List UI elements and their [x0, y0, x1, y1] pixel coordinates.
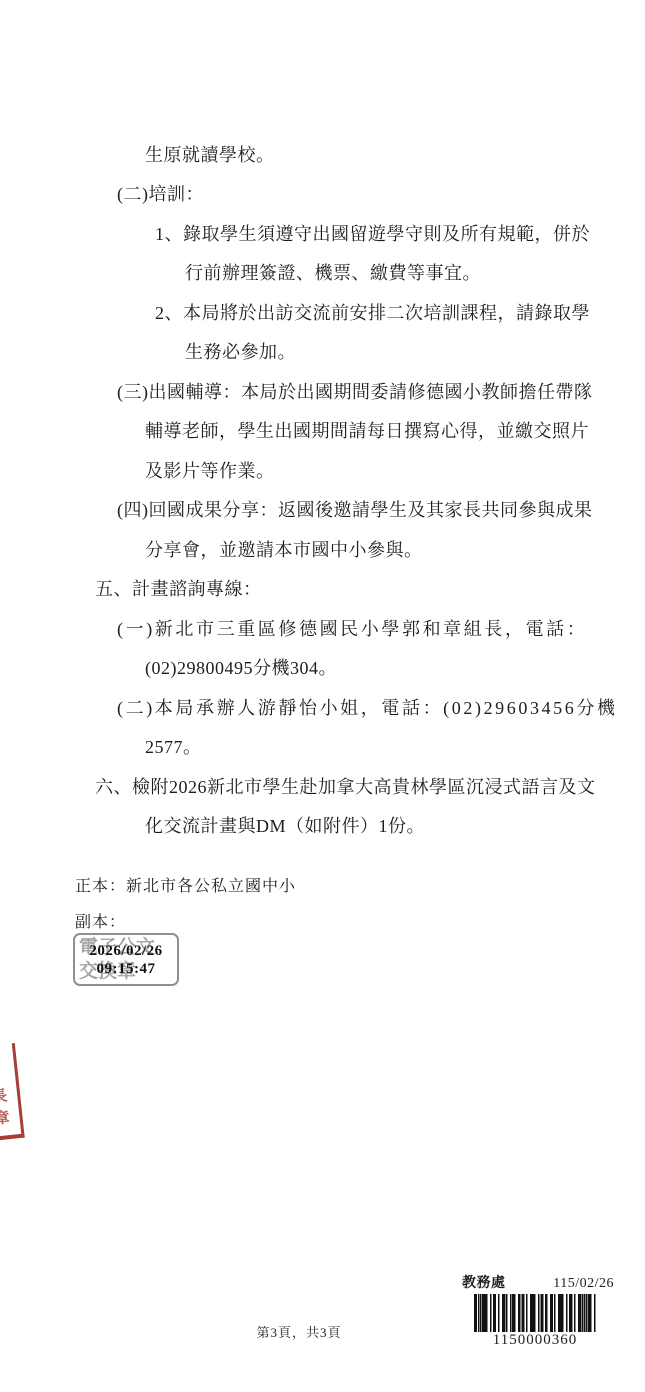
body-line: (二)本局承辦人游靜怡小姐，電話：(02)29603456分機 [75, 687, 615, 727]
body-line: 輔導老師，學生出國期間請每日撰寫心得，並繳交照片 [75, 411, 615, 451]
registry-stamp-header: 教務處 115/02/26 [462, 1272, 614, 1292]
registry-roc-date: 115/02/26 [553, 1276, 614, 1292]
body-line: 2、本局將於出訪交流前安排二次培訓課程，請錄取學 [75, 292, 615, 332]
electronic-exchange-stamp: 電子公文 交換章 2026/02/26 09:15:47 [73, 933, 179, 986]
red-seal-characters: 長章 [0, 1087, 13, 1133]
body-line: (三)出國輔導：本局於出國期間委請修德國小教師擔任帶隊 [75, 371, 615, 411]
body-line: 化交流計畫與DM（如附件）1份。 [75, 806, 615, 846]
stamp-date: 2026/02/26 [89, 942, 162, 960]
body-line: 1、錄取學生須遵守出國留遊學守則及所有規範，併於 [75, 213, 615, 253]
stamp-time: 09:15:47 [97, 960, 156, 978]
body-line: (02)29800495分機304。 [75, 648, 615, 688]
page-number-footer: 第3頁，共3頁 [0, 1322, 598, 1341]
body-line: 及影片等作業。 [75, 450, 615, 490]
exchange-stamp-datetime: 2026/02/26 09:15:47 [75, 935, 177, 984]
document-page: 生原就讀學校。 (二)培訓： 1、錄取學生須遵守出國留遊學守則及所有規範，併於 … [0, 0, 645, 1392]
original-recipient-line: 正本：新北市各公私立國中小 [75, 872, 296, 908]
document-body: 生原就讀學校。 (二)培訓： 1、錄取學生須遵守出國留遊學守則及所有規範，併於 … [75, 134, 615, 845]
red-seal: 長章 [0, 1043, 25, 1148]
body-line: (四)回國成果分享：返國後邀請學生及其家長共同參與成果 [75, 490, 615, 530]
body-line: 六、檢附2026新北市學生赴加拿大高貴林學區沉浸式語言及文 [75, 766, 615, 806]
body-line: (一)新北市三重區修德國民小學郭和章組長，電話： [75, 608, 615, 648]
body-line: 生原就讀學校。 [75, 134, 615, 174]
body-line: 分享會，並邀請本市國中小參與。 [75, 529, 615, 569]
body-line: 行前辦理簽證、機票、繳費等事宜。 [75, 253, 615, 293]
body-line: 生務必參加。 [75, 332, 615, 372]
department-name: 教務處 [462, 1272, 506, 1292]
body-line: (二)培訓： [75, 174, 615, 214]
body-line: 五、計畫諮詢專線： [75, 569, 615, 609]
body-line: 2577。 [75, 727, 615, 767]
